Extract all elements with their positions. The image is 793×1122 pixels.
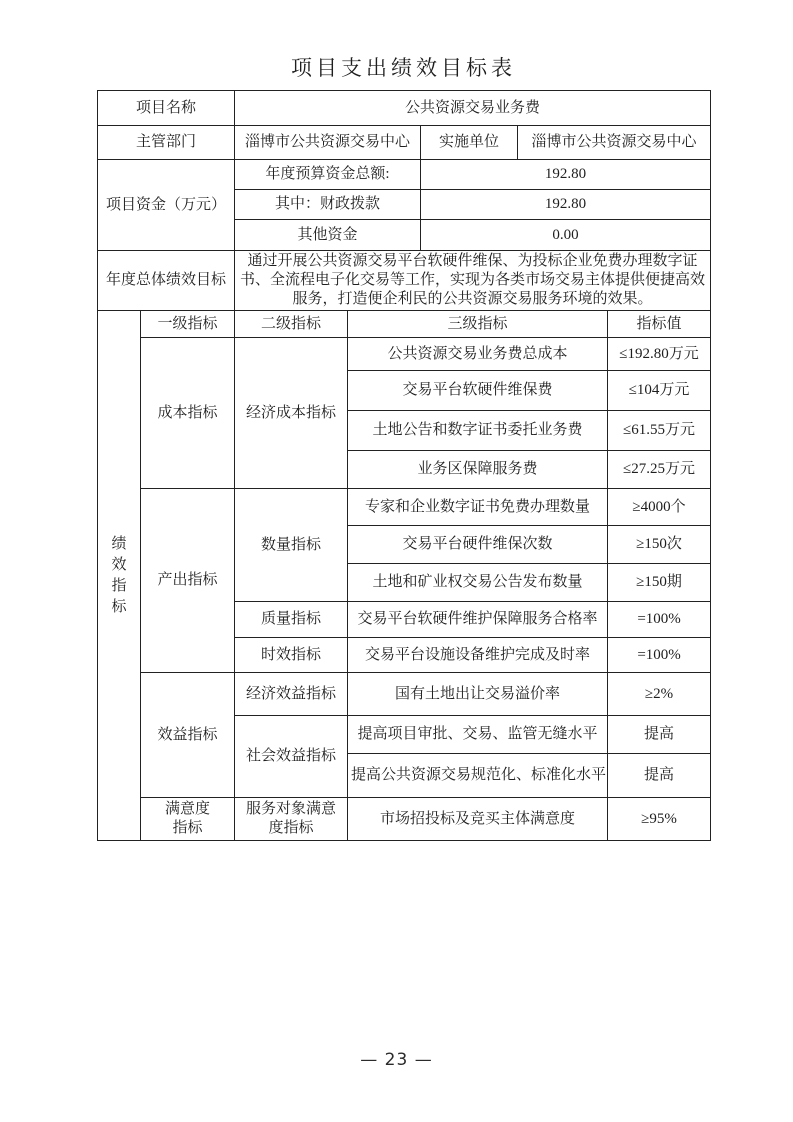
cost-item-value: ≤192.80万元	[608, 338, 711, 371]
dept-value: 淄博市公共资源交易中心	[235, 126, 421, 160]
output-quantity-item-name: 交易平台硬件维保次数	[348, 526, 608, 564]
output-quality-level2: 质量指标	[235, 602, 348, 638]
header-level3: 三级指标	[348, 311, 608, 338]
cost-item-value: ≤27.25万元	[608, 451, 711, 489]
funds-other-value: 0.00	[421, 220, 711, 251]
cost-level1: 成本指标	[141, 338, 235, 489]
cost-item-name: 土地公告和数字证书委托业务费	[348, 411, 608, 451]
cost-item-name: 业务区保障服务费	[348, 451, 608, 489]
benefit-social-level2: 社会效益指标	[235, 716, 348, 798]
table-row: 绩效指标 一级指标 二级指标 三级指标 指标值	[98, 311, 711, 338]
output-level1: 产出指标	[141, 489, 235, 673]
benefit-social-item-value: 提高	[608, 716, 711, 754]
satisfaction-level1: 满意度指标	[141, 798, 235, 841]
header-level1: 一级指标	[141, 311, 235, 338]
table-row: 成本指标 经济成本指标 公共资源交易业务费总成本 ≤192.80万元	[98, 338, 711, 371]
funds-fiscal-label: 其中：财政拨款	[235, 190, 421, 220]
cost-item-value: ≤61.55万元	[608, 411, 711, 451]
table-row: 满意度指标 服务对象满意度指标 市场招投标及竞买主体满意度 ≥95%	[98, 798, 711, 841]
page-number: — 23 —	[0, 1050, 793, 1070]
page-title: 项目支出绩效目标表	[97, 52, 710, 84]
impl-unit-label: 实施单位	[421, 126, 518, 160]
satisfaction-name: 市场招投标及竞买主体满意度	[348, 798, 608, 841]
satisfaction-level2: 服务对象满意度指标	[235, 798, 348, 841]
table-row: 主管部门 淄博市公共资源交易中心 实施单位 淄博市公共资源交易中心	[98, 126, 711, 160]
output-timeliness-level2: 时效指标	[235, 638, 348, 673]
performance-indicator-side-label-text: 绩效指标	[111, 534, 128, 618]
benefit-economic-level2: 经济效益指标	[235, 673, 348, 716]
annual-goal-text: 通过开展公共资源交易平台软硬件维保、为投标企业免费办理数字证书、全流程电子化交易…	[235, 251, 711, 311]
performance-indicator-side-label: 绩效指标	[98, 311, 141, 841]
cost-item-name: 公共资源交易业务费总成本	[348, 338, 608, 371]
header-level2: 二级指标	[235, 311, 348, 338]
table-row: 产出指标 数量指标 专家和企业数字证书免费办理数量 ≥4000个	[98, 489, 711, 526]
output-quality-name: 交易平台软硬件维护保障服务合格率	[348, 602, 608, 638]
funds-fiscal-value: 192.80	[421, 190, 711, 220]
table-row: 年度总体绩效目标 通过开展公共资源交易平台软硬件维保、为投标企业免费办理数字证书…	[98, 251, 711, 311]
benefit-social-item-name: 提高公共资源交易规范化、标准化水平	[348, 754, 608, 798]
output-quality-value: =100%	[608, 602, 711, 638]
funds-total-label: 年度预算资金总额:	[235, 160, 421, 190]
output-timeliness-name: 交易平台设施设备维护完成及时率	[348, 638, 608, 673]
project-name-value: 公共资源交易业务费	[235, 91, 711, 126]
impl-unit-value: 淄博市公共资源交易中心	[518, 126, 711, 160]
funds-label: 项目资金（万元）	[98, 160, 235, 251]
benefit-economic-value: ≥2%	[608, 673, 711, 716]
cost-item-value: ≤104万元	[608, 371, 711, 411]
cost-item-name: 交易平台软硬件维保费	[348, 371, 608, 411]
benefit-economic-name: 国有土地出让交易溢价率	[348, 673, 608, 716]
benefit-social-item-name: 提高项目审批、交易、监管无缝水平	[348, 716, 608, 754]
output-quantity-item-name: 土地和矿业权交易公告发布数量	[348, 564, 608, 602]
output-quantity-level2: 数量指标	[235, 489, 348, 602]
satisfaction-level1-text: 满意度指标	[163, 800, 213, 838]
output-quantity-item-value: ≥150期	[608, 564, 711, 602]
table-row: 项目名称 公共资源交易业务费	[98, 91, 711, 126]
performance-target-table: 项目名称 公共资源交易业务费 主管部门 淄博市公共资源交易中心 实施单位 淄博市…	[97, 90, 711, 841]
output-timeliness-value: =100%	[608, 638, 711, 673]
output-quantity-item-value: ≥4000个	[608, 489, 711, 526]
header-value: 指标值	[608, 311, 711, 338]
funds-total-value: 192.80	[421, 160, 711, 190]
cost-level2: 经济成本指标	[235, 338, 348, 489]
table-row: 效益指标 经济效益指标 国有土地出让交易溢价率 ≥2%	[98, 673, 711, 716]
satisfaction-value: ≥95%	[608, 798, 711, 841]
benefit-social-item-value: 提高	[608, 754, 711, 798]
output-quantity-item-value: ≥150次	[608, 526, 711, 564]
table-row: 项目资金（万元） 年度预算资金总额: 192.80	[98, 160, 711, 190]
output-quantity-item-name: 专家和企业数字证书免费办理数量	[348, 489, 608, 526]
benefit-level1: 效益指标	[141, 673, 235, 798]
project-name-label: 项目名称	[98, 91, 235, 126]
annual-goal-label: 年度总体绩效目标	[98, 251, 235, 311]
satisfaction-level2-text: 服务对象满意度指标	[245, 800, 338, 838]
dept-label: 主管部门	[98, 126, 235, 160]
funds-other-label: 其他资金	[235, 220, 421, 251]
